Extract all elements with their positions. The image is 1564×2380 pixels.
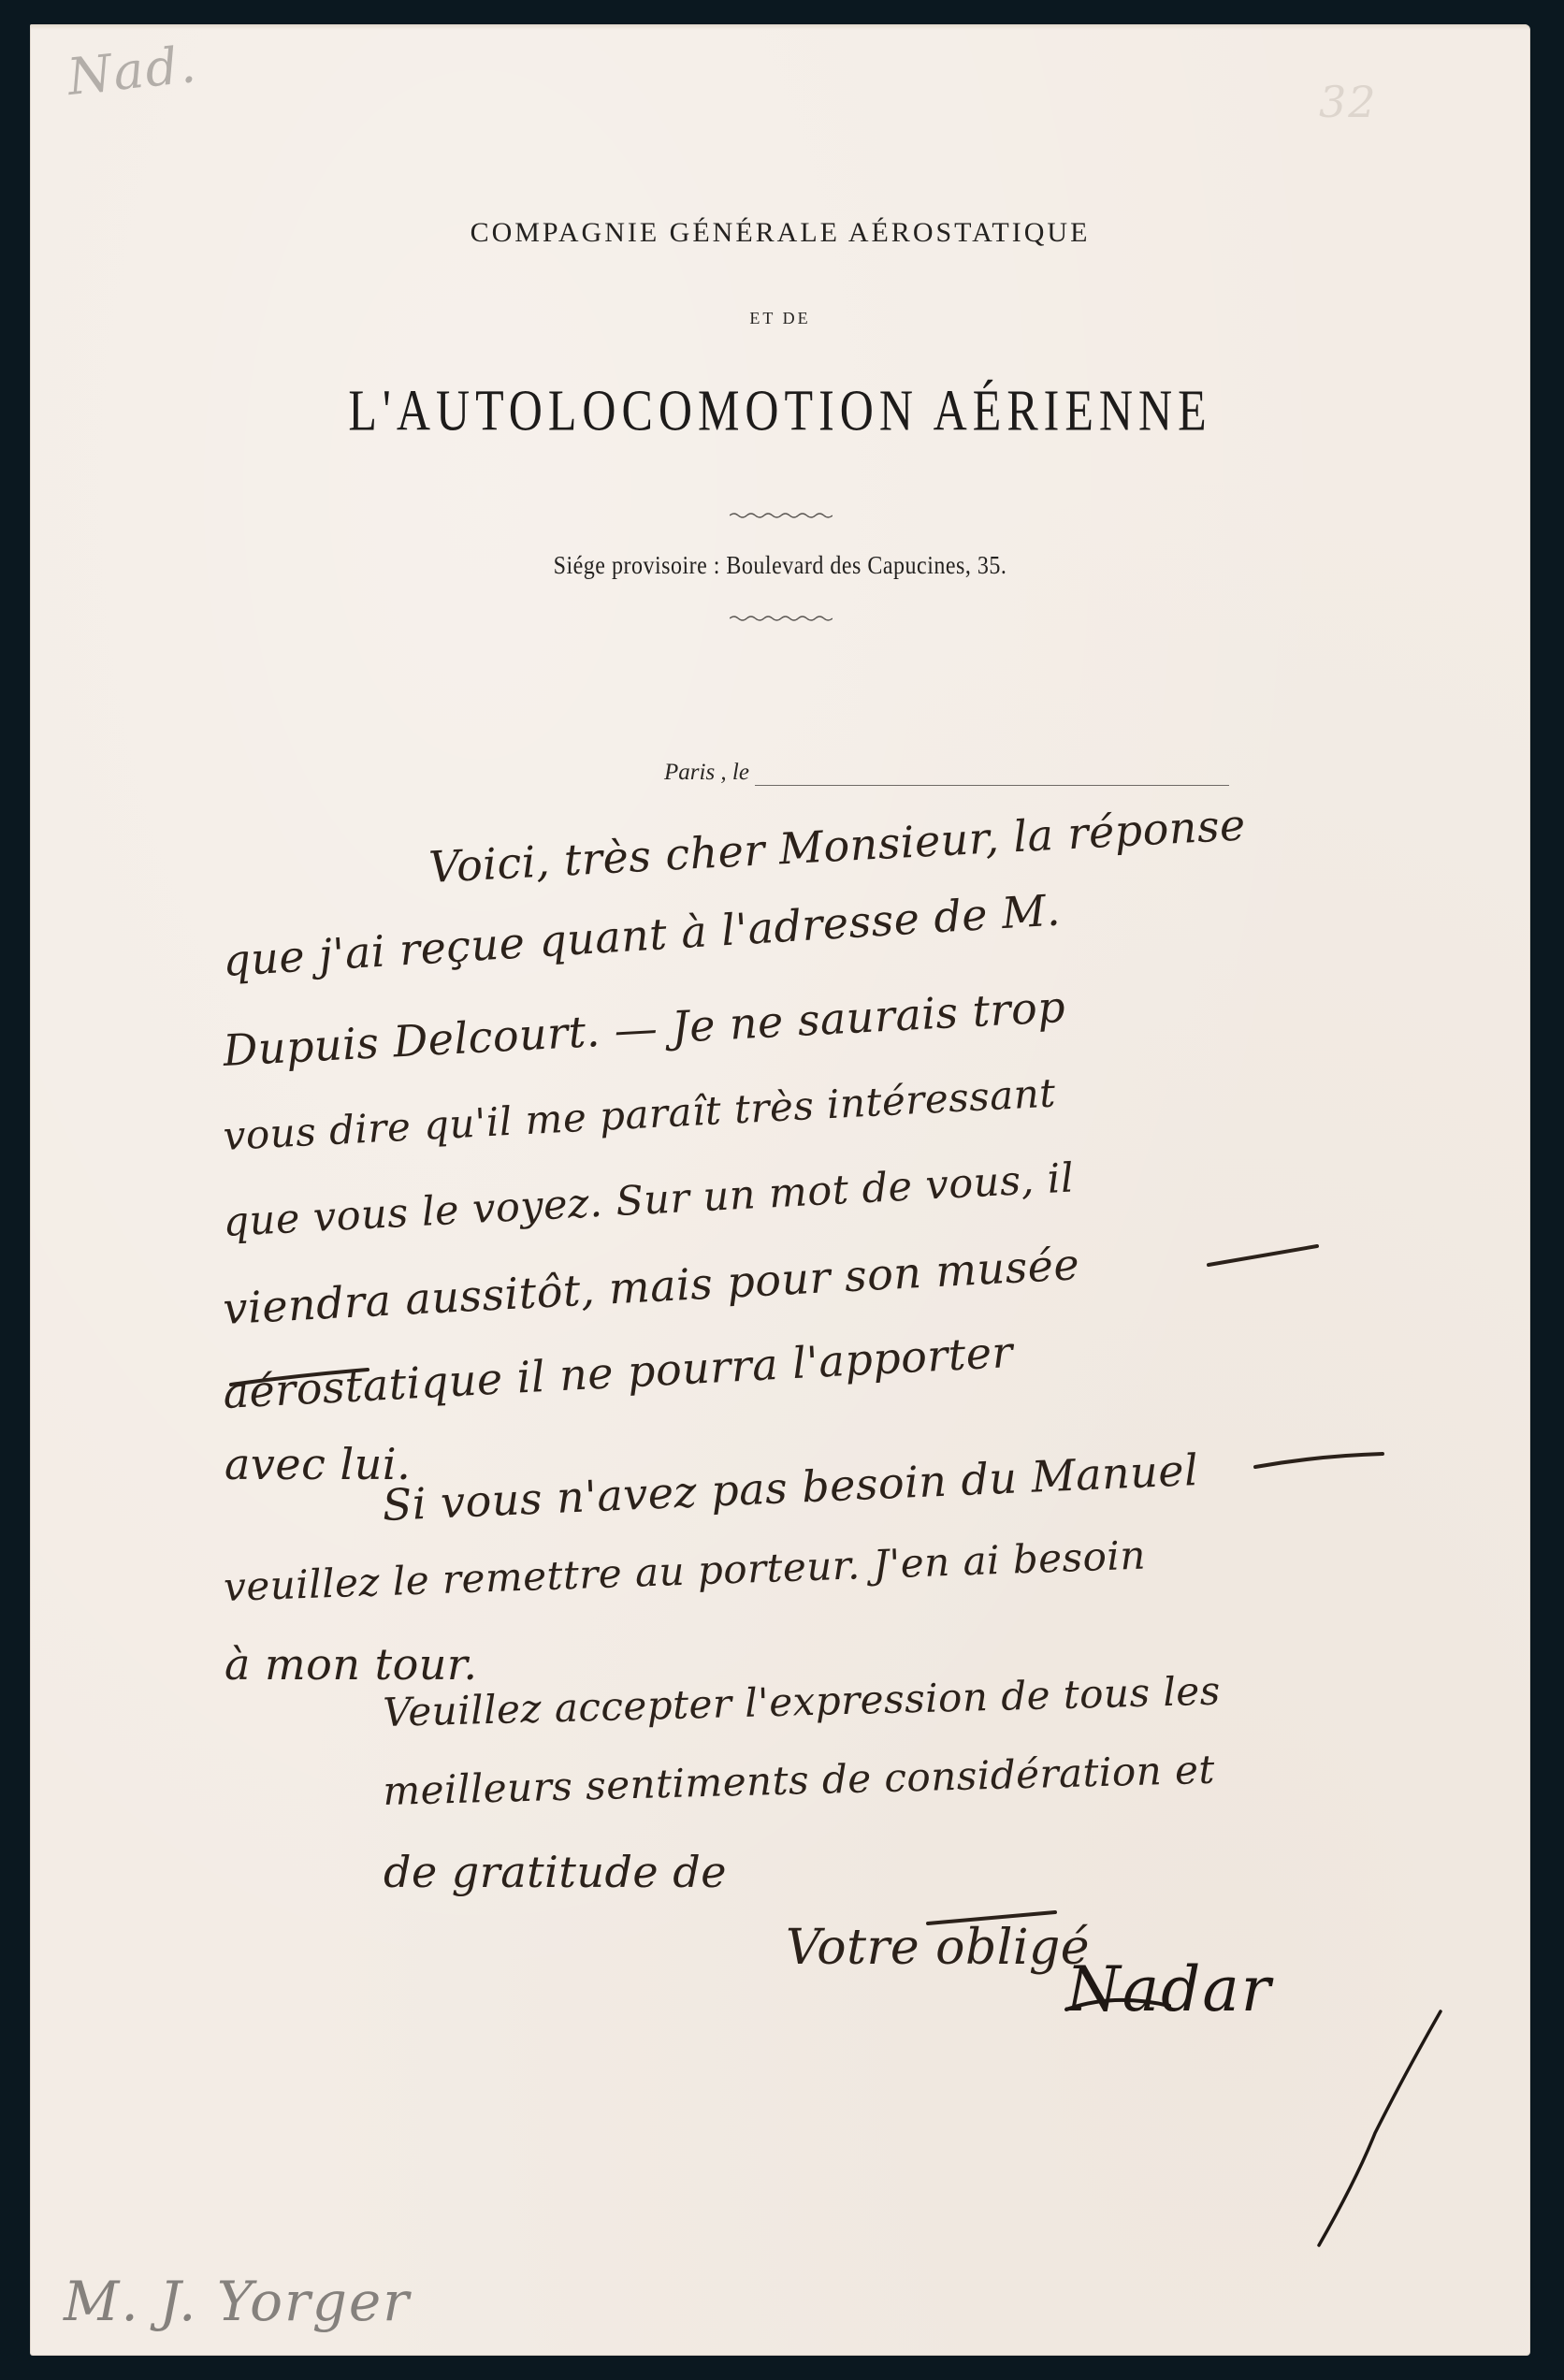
letterhead-title: L'AUTOLOCOMOTION AÉRIENNE (30, 376, 1530, 444)
letterhead-address: Siége provisoire : Boulevard des Capucin… (30, 552, 1530, 581)
date-line: Paris , le (664, 760, 1229, 786)
scan-background: Nad. 32 M. J. Yorger COMPAGNIE GÉNÉRALE … (0, 0, 1564, 2380)
signature-flourish-icon (1057, 1965, 1450, 2273)
letterhead-company: COMPAGNIE GÉNÉRALE AÉROSTATIQUE (30, 217, 1530, 249)
letter-line-14: de gratitude de (384, 1847, 727, 1897)
ink-underline-aerostatique (229, 1368, 369, 1388)
letter-closing: Votre obligé (786, 1920, 1090, 1976)
letterhead-connector: ET DE (30, 309, 1530, 328)
ink-underline-oblige (926, 1908, 1057, 1927)
ink-underline-manuel (1253, 1450, 1384, 1471)
pencil-annotation-bottom-left: M. J. Yorger (64, 2270, 411, 2333)
wavy-divider-icon (730, 511, 833, 520)
letter-line-11: à mon tour. (224, 1639, 477, 1690)
pencil-annotation-top-right: 32 (1319, 77, 1378, 127)
date-label: Paris , le (664, 760, 749, 786)
date-field (755, 764, 1229, 786)
wavy-divider-icon (730, 614, 833, 623)
ink-underline-musee (1207, 1242, 1319, 1270)
